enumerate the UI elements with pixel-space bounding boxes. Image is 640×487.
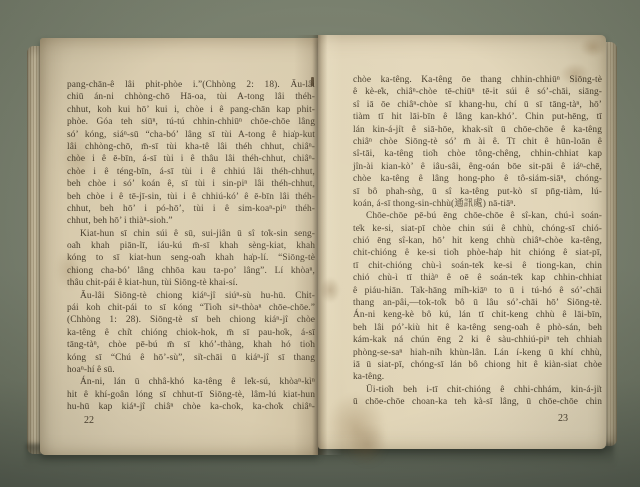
text-line: sî-tāi, ka-têng tio̍h chòe tông-chêng, c…	[353, 148, 602, 160]
text-line: beh chòe i ê tē-jī-sin, tùi i ê chhiú-kó…	[67, 191, 315, 203]
text-line: Ūi-tio̍h beh i-tī chit-chióng ê chhi-chh…	[353, 384, 602, 396]
text-line: tāng-tàⁿ, chòe pē-bú m̄ sī khó’-thàng, k…	[67, 339, 315, 351]
text-line: chiong cha-bó’ lâng chhōa kau ta-po’ lân…	[67, 265, 315, 277]
text-line: ka-têng.	[353, 371, 602, 383]
text-line: thâu chit-pái ê kiat-hun, tùi Siōng-tè k…	[67, 277, 315, 289]
page-edges-left	[27, 46, 41, 454]
text-line: ū chōe-chōe choan-ka teh kà-sī lâng, ū c…	[353, 396, 602, 408]
text-line: ê piáu-hiān. Ta̍k-hāng mi̍h-kiāⁿ to ū i …	[353, 285, 602, 297]
right-page: chòe ka-têng. Ka-têng ōe thang chhin-chh…	[318, 35, 606, 449]
text-line: lâi chhòng-chō, m̄-sī tùi kha-tê lâi thé…	[67, 141, 315, 153]
text-line: só’ kóng, siáⁿ-sū “cha-bó’ lâng sī tùi A…	[67, 129, 315, 141]
left-page: pang-chān-ê lâi phit-phòe i.”(Chhòng 2: …	[40, 38, 318, 455]
right-page-text: chòe ka-têng. Ka-têng ōe thang chhin-chh…	[353, 74, 602, 409]
text-line: oa̍h khah piān-lī, iáu-kú m̄-sī khah sèn…	[67, 240, 315, 252]
text-line: beh lâi pó’-kiù hit ê ka-têng seng-oa̍h …	[353, 322, 602, 334]
text-line: phòe. Góa teh siūⁿ, tú-tú chhin-chhiūⁿ c…	[67, 116, 315, 128]
text-line: chió chù-ì tī thiàⁿ ê oē ê soán-te̍k kap…	[353, 272, 602, 284]
text-line: tī chit-chióng chù-ì soán-te̍k ke-si ê t…	[353, 260, 602, 272]
text-line: hit ê khí-goân lóng sī chhut-tī Siōng-tè…	[67, 389, 315, 401]
text-line: phòng-se-saⁿ hiah-ni̍h khùn-lân. Lán í-k…	[353, 347, 602, 359]
text-line: chòe ka-têng. Ka-têng ōe thang chhin-chh…	[353, 74, 602, 86]
text-line: pang-chān-ê lâi phit-phòe i.”(Chhòng 2: …	[67, 79, 315, 91]
text-line: kóng to sī kiat-hun seng-oa̍h khah ha̍p-…	[67, 252, 315, 264]
text-line: chòe i ê téng-bīn, á-sī tùi i ê chhiú lâ…	[67, 166, 315, 178]
text-line: koán, á-sī thong-sin-chhù(通訊處) nā-tiāⁿ.	[353, 198, 602, 210]
text-line: chiū án-ni chhòng-chō Hā-oa, tùi A-tong …	[67, 91, 315, 103]
paper-stain	[580, 37, 606, 57]
text-line: beh chòe i só’ koán ê, sī tùi i sin-piⁿ …	[67, 178, 315, 190]
text-line: kám-kak ná chún ēng 2 ki ê sàu-chhiú-piⁿ…	[353, 334, 602, 346]
text-line: pái koh chit-pái to sī kóng “Tio̍h siⁿ-t…	[67, 302, 315, 314]
text-line: jîn-ài kian-kò’ ê iâu-sâi, êng-oán bōe s…	[353, 161, 602, 173]
text-line: lán kin-á-ji̍t ê siā-hōe, khak-si̍t ū ch…	[353, 124, 602, 136]
text-line: chiâⁿ chòe Siōng-tè só’ m̄ ài ê. Tī chit…	[353, 136, 602, 148]
text-line: chòe ka-têng ê lâng hong-pho ê tô-siám-s…	[353, 173, 602, 185]
text-line: Án-ni keng-kè bô kú, lán tī chit-keng ch…	[353, 309, 602, 321]
text-line: thang an-pâi,—to̍k-to̍k bô ū lâu só’-chā…	[353, 297, 602, 309]
text-line: tiàm tī hit lāi-bīn ê lâng kan-khó’. Chi…	[353, 111, 602, 123]
text-line: ê kè-e̍k, chiâⁿ-chòe tē-chiūⁿ tē-it súi …	[353, 86, 602, 98]
page-number-left: 22	[84, 415, 94, 426]
text-line: Āu-lâi Siōng-tè chiong kiáⁿ-jî siúⁿ-sù h…	[67, 290, 315, 302]
text-line: (Chhòng 1: 28). Siōng-tè sī beh chiong k…	[67, 314, 315, 326]
text-line: hoaⁿ-hí ê sū.	[67, 364, 315, 376]
text-line: chhut, beh hō’ i thiàⁿ-sioh.”	[67, 215, 315, 227]
text-line: chhut, beh hō’ i pó-hō’, tùi i ê sim-koa…	[67, 203, 315, 215]
text-line: te̍k ke-si, siat-pī chòe chin súi ê chhù…	[353, 223, 602, 235]
text-line: Kiat-hun sī chin súi ê sū, sui-jiân ū sî…	[67, 228, 315, 240]
text-line: Chōe-chōe pē-bú ēng chōe-chōe ê sî-kan, …	[353, 210, 602, 222]
paper-stain	[320, 277, 340, 303]
text-line: sî iā ōe chiâⁿ-chòe sī khang-hu, chí ū s…	[353, 99, 602, 111]
text-line: chòe i ê ē-bīn, á-sī tùi i ê thâu lâi th…	[67, 153, 315, 165]
page-number-right: 23	[558, 413, 568, 424]
text-line: chió ēng sî-kan, hō’ hit keng chhù chiâⁿ…	[353, 235, 602, 247]
text-line: kóng sī “Chú ê hō’-sù”, si̍t-chāi ū kiáⁿ…	[67, 352, 315, 364]
text-line: chhut, koh kui hō’ kui i, chòe i ê pang-…	[67, 104, 315, 116]
text-line: hu-hū kap kiáⁿ-jî chiâⁿ chòe ka-cho̍k, k…	[67, 401, 315, 413]
text-line: Án-ni, lán ū chhâ-khó ka-têng ê le̍k-sú,…	[67, 376, 315, 388]
left-page-text: pang-chān-ê lâi phit-phòe i.”(Chhòng 2: …	[67, 79, 315, 414]
text-line: iā ū siat-pī, chóng-sī lán bô chiong hit…	[353, 359, 602, 371]
text-line: ka-têng ê chi̍t chióng chiok-hok, m̄ sī …	[67, 327, 315, 339]
text-line: chit-chióng ê ke-si tio̍h phòe-ha̍p hit …	[353, 247, 602, 259]
book-photo: pang-chān-ê lâi phit-phòe i.”(Chhòng 2: …	[0, 0, 640, 487]
text-line: sī bô phah-sǹg, ū sî ka-têng put-kò sī p…	[353, 186, 602, 198]
